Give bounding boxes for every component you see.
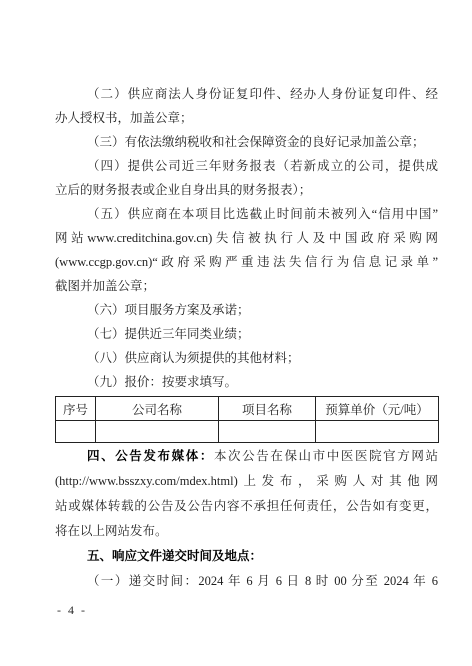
text-line: 立后的财务报表或企业自身出具的财务报表）； <box>55 178 438 202</box>
announcement-section: 四、公告发布媒体：本次公告在保山市中医医院官方网站(http://www.bss… <box>55 444 438 594</box>
text-line: （三）有依法缴纳税收和社会保障资金的良好记录加盖公章； <box>55 130 438 154</box>
section-heading-lead: 四、公告发布媒体： <box>87 449 214 463</box>
text-line: （九）报价：按要求填写。 <box>55 370 438 394</box>
quote-table: 序号 公司名称 项目名称 预算单价（元/吨） <box>55 396 439 443</box>
text-line: （五）供应商在本项目比选截止时间前未被列入“信用中国” <box>55 202 438 226</box>
text-line: （八）供应商认为须提供的其他材料； <box>55 346 438 370</box>
table-header-project-name: 项目名称 <box>219 397 316 421</box>
text-line: (http://www.bsszxy.com/mdex.html)上发布，采购人… <box>55 469 438 494</box>
table-cell <box>316 421 439 443</box>
text-line: 办人授权书，加盖公章； <box>55 106 438 130</box>
text-line: 四、公告发布媒体：本次公告在保山市中医医院官方网站 <box>55 444 438 469</box>
document-body: （二）供应商法人身份证复印件、经办人身份证复印件、经办人授权书，加盖公章；（三）… <box>55 82 438 594</box>
quote-table-body <box>56 421 439 443</box>
page-number: - 4 - <box>57 603 87 618</box>
text-line: (www.ccgp.gov.cn)“政府采购严重违法失信行为信息记录单” <box>55 250 438 274</box>
text-line: 五、响应文件递交时间及地点： <box>55 544 438 569</box>
table-header-budget-unit-price: 预算单价（元/吨） <box>316 397 439 421</box>
table-header-serial-number: 序号 <box>56 397 96 421</box>
text-line: （七）提供近三年同类业绩； <box>55 322 438 346</box>
requirement-list-section: （二）供应商法人身份证复印件、经办人身份证复印件、经办人授权书，加盖公章；（三）… <box>55 82 438 394</box>
text-line: 网站www.creditchina.gov.cn)失信被执行人及中国政府采购网 <box>55 226 438 250</box>
text-line: 截图并加盖公章； <box>55 274 438 298</box>
text-line: （四）提供公司近三年财务报表（若新成立的公司，提供成 <box>55 154 438 178</box>
text-line: （二）供应商法人身份证复印件、经办人身份证复印件、经 <box>55 82 438 106</box>
line-text: 本次公告在保山市中医医院官方网站 <box>214 449 438 463</box>
text-line: （六）项目服务方案及承诺； <box>55 298 438 322</box>
text-line: （一）递交时间：2024 年 6 月 6 日 8 时 00 分至 2024 年 … <box>55 569 438 594</box>
table-cell <box>219 421 316 443</box>
table-header-row: 序号 公司名称 项目名称 预算单价（元/吨） <box>56 397 439 421</box>
text-line: 将在以上网站发布。 <box>55 519 438 544</box>
table-header-company-name: 公司名称 <box>96 397 219 421</box>
text-line: 站或媒体转载的公告及公告内容不承担任何责任，公告如有变更， <box>55 494 438 519</box>
table-row <box>56 421 439 443</box>
table-cell <box>96 421 219 443</box>
table-cell <box>56 421 96 443</box>
